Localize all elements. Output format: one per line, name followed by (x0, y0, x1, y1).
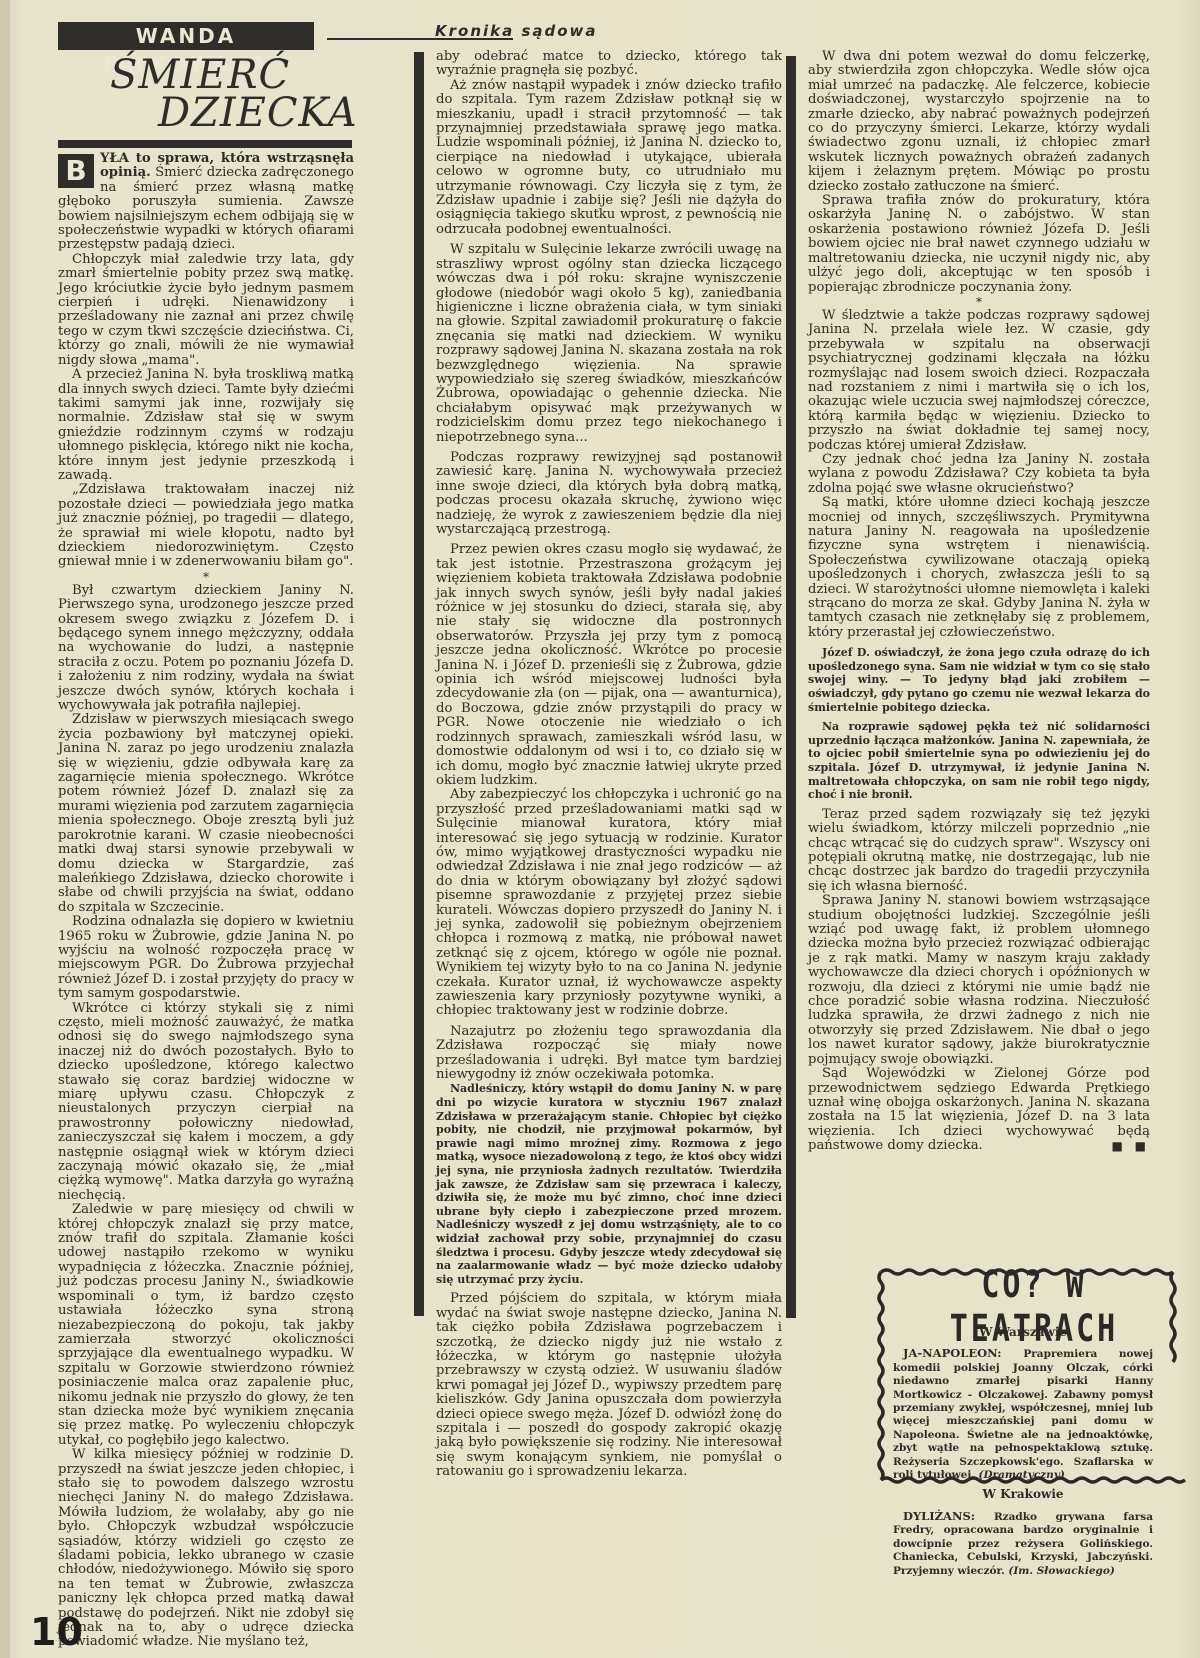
paragraph: aby odebrać matce to dziecko, którego ta… (436, 50, 782, 79)
paragraph: Sprawa Janiny N. stanowi bowiem wstrząsa… (808, 894, 1150, 1067)
city-heading: W Warszawie (893, 1326, 1153, 1339)
venue: (Im. Słowackiego) (1008, 1565, 1114, 1577)
paragraph: W dwa dni potem wezwał do domu felczerkę… (808, 50, 1150, 194)
paragraph: W kilka miesięcy później w rodzinie D. p… (58, 1448, 354, 1650)
paragraph-text: Teraz przed sądem rozwiązały się też jęz… (808, 807, 1150, 894)
city-heading: W Krakowie (893, 1488, 1153, 1501)
paragraph: Zdzisław w pierwszych miesiącach swego ż… (58, 713, 354, 915)
paragraph: Podczas rozprawy rewizyjnej sąd postanow… (436, 451, 782, 537)
paragraph-text: W dwa dni potem wezwał do domu felczerkę… (808, 49, 1150, 194)
paragraph: Na rozprawie sądowej pękła też nić solid… (808, 720, 1150, 802)
column-divider-1 (414, 52, 424, 1316)
paragraph: Nadleśniczy, który wstąpił do domu Janin… (436, 1082, 782, 1286)
paragraph: Aby zabezpieczyć los chłopczyka i uchron… (436, 788, 782, 1019)
theatre-entry: JA-NAPOLEON: Prapremiera nowej komedii p… (893, 1347, 1153, 1482)
paragraph-text: Sprawa trafiła znów do prokuratury, któr… (808, 193, 1150, 294)
paragraph: „Zdzisława traktowałam inaczej niż pozos… (58, 483, 354, 569)
title-rule (58, 140, 352, 148)
article-title-line-2: DZIECKA (158, 90, 358, 136)
paragraph-text: aby odebrać matce to dziecko, którego ta… (436, 49, 782, 78)
paragraph: Teraz przed sądem rozwiązały się też jęz… (808, 808, 1150, 894)
page-spine (0, 0, 10, 1658)
author-byline: WANDA FALKOWSKA (58, 22, 314, 50)
article-column-1: BYŁA to sprawa, która wstrząsnęła opinią… (58, 152, 354, 1650)
paragraph-text: Czy jednak choć jedna łza Janiny N. zost… (808, 452, 1150, 496)
paragraph-text: Aż znów nastąpił wypadek i znów dziecko … (436, 78, 782, 237)
paragraph: Przez pewien okres czasu mogło się wydaw… (436, 543, 782, 788)
paragraph: Chłopczyk miał zaledwie trzy lata, gdy z… (58, 253, 354, 368)
paragraph: Nazajutrz po złożeniu tego sprawozdania … (436, 1025, 782, 1083)
paragraph: Aż znów nastąpił wypadek i znów dziecko … (436, 79, 782, 237)
play-title: JA-NAPOLEON: (903, 1346, 1023, 1360)
play-title: DYLIŻANS: (903, 1509, 994, 1523)
paragraph: Przed pójściem do szpitala, w którym mia… (436, 1292, 782, 1479)
paragraph-text: Podczas rozprawy rewizyjnej sąd postanow… (436, 450, 782, 537)
paragraph-text: Przez pewien okres czasu mogło się wydaw… (436, 542, 782, 788)
lead-paragraph: BYŁA to sprawa, która wstrząsnęła opinią… (58, 152, 354, 253)
theatre-entry: DYLIŻANS: Rzadko grywana farsa Fredry, o… (893, 1510, 1153, 1578)
paragraph: Czy jednak choć jedna łza Janiny N. zost… (808, 453, 1150, 496)
paragraph: Są matki, które ułomne dzieci kochają je… (808, 496, 1150, 640)
paragraph-text: Na rozprawie sądowej pękła też nić solid… (808, 720, 1150, 801)
paragraph: Rodzina odnalazła się dopiero w kwietniu… (58, 915, 354, 1001)
paragraph-text: * (976, 295, 982, 309)
article-column-3: W dwa dni potem wezwał do domu felczerkę… (808, 50, 1150, 1154)
paragraph: Zaledwie w parę miesięcy od chwili w któ… (58, 1203, 354, 1448)
play-review: Prapremiera nowej komedii polskiej Joann… (893, 1348, 1153, 1481)
paragraph: Wkrótce ci którzy stykali się z nimi czę… (58, 1002, 354, 1204)
section-star: * (58, 570, 354, 584)
newspaper-page: WANDA FALKOWSKA Kronika sądowa ŚMIERĆ DZ… (0, 0, 1200, 1658)
paragraph-text: Sprawa Janiny N. stanowi bowiem wstrząsa… (808, 893, 1150, 1066)
paragraph-text: W szpitalu w Sulęcinie lekarze zwrócili … (436, 242, 782, 444)
paragraph-text: Nadleśniczy, który wstąpił do domu Janin… (436, 1082, 782, 1285)
page-number: 10 (30, 1610, 83, 1654)
paragraph: A przecież Janina N. była troskliwą matk… (58, 368, 354, 483)
venue: (Dramatyczny) (978, 1469, 1064, 1481)
column-divider-2 (786, 56, 796, 1318)
paragraph-text: Nazajutrz po złożeniu tego sprawozdania … (436, 1024, 782, 1082)
paragraph-text: Aby zabezpieczyć los chłopczyka i uchron… (436, 787, 782, 1018)
paragraph: Sprawa trafiła znów do prokuratury, któr… (808, 194, 1150, 295)
theatre-content: W WarszawieJA-NAPOLEON: Prapremiera nowe… (893, 1320, 1153, 1582)
end-mark: ■ ■ (1098, 1139, 1151, 1153)
paragraph-text: Są matki, które ułomne dzieci kochają je… (808, 495, 1150, 640)
paragraph: W szpitalu w Sulęcinie lekarze zwrócili … (436, 243, 782, 445)
article-column-2: aby odebrać matce to dziecko, którego ta… (436, 50, 782, 1480)
section-star: * (808, 295, 1150, 309)
paragraph-text: Przed pójściem do szpitala, w którym mia… (436, 1291, 782, 1479)
paragraph: Sąd Wojewódzki w Zielonej Górze pod prze… (808, 1067, 1150, 1153)
section-label: Kronika sądowa (435, 22, 598, 40)
paragraph: Józef D. oświadczył, że żona jego czuła … (808, 646, 1150, 714)
paragraph-text: W śledztwie a także podczas rozprawy sąd… (808, 308, 1150, 453)
paragraph: W śledztwie a także podczas rozprawy sąd… (808, 309, 1150, 453)
paragraph: Był czwartym dzieckiem Janiny N. Pierwsz… (58, 584, 354, 714)
drop-cap: B (58, 154, 94, 188)
theatre-listings-box: CO? W TEATRACH W WarszawieJA-NAPOLEON: P… (873, 1262, 1189, 1488)
paragraph-text: Józef D. oświadczył, że żona jego czuła … (808, 646, 1150, 713)
